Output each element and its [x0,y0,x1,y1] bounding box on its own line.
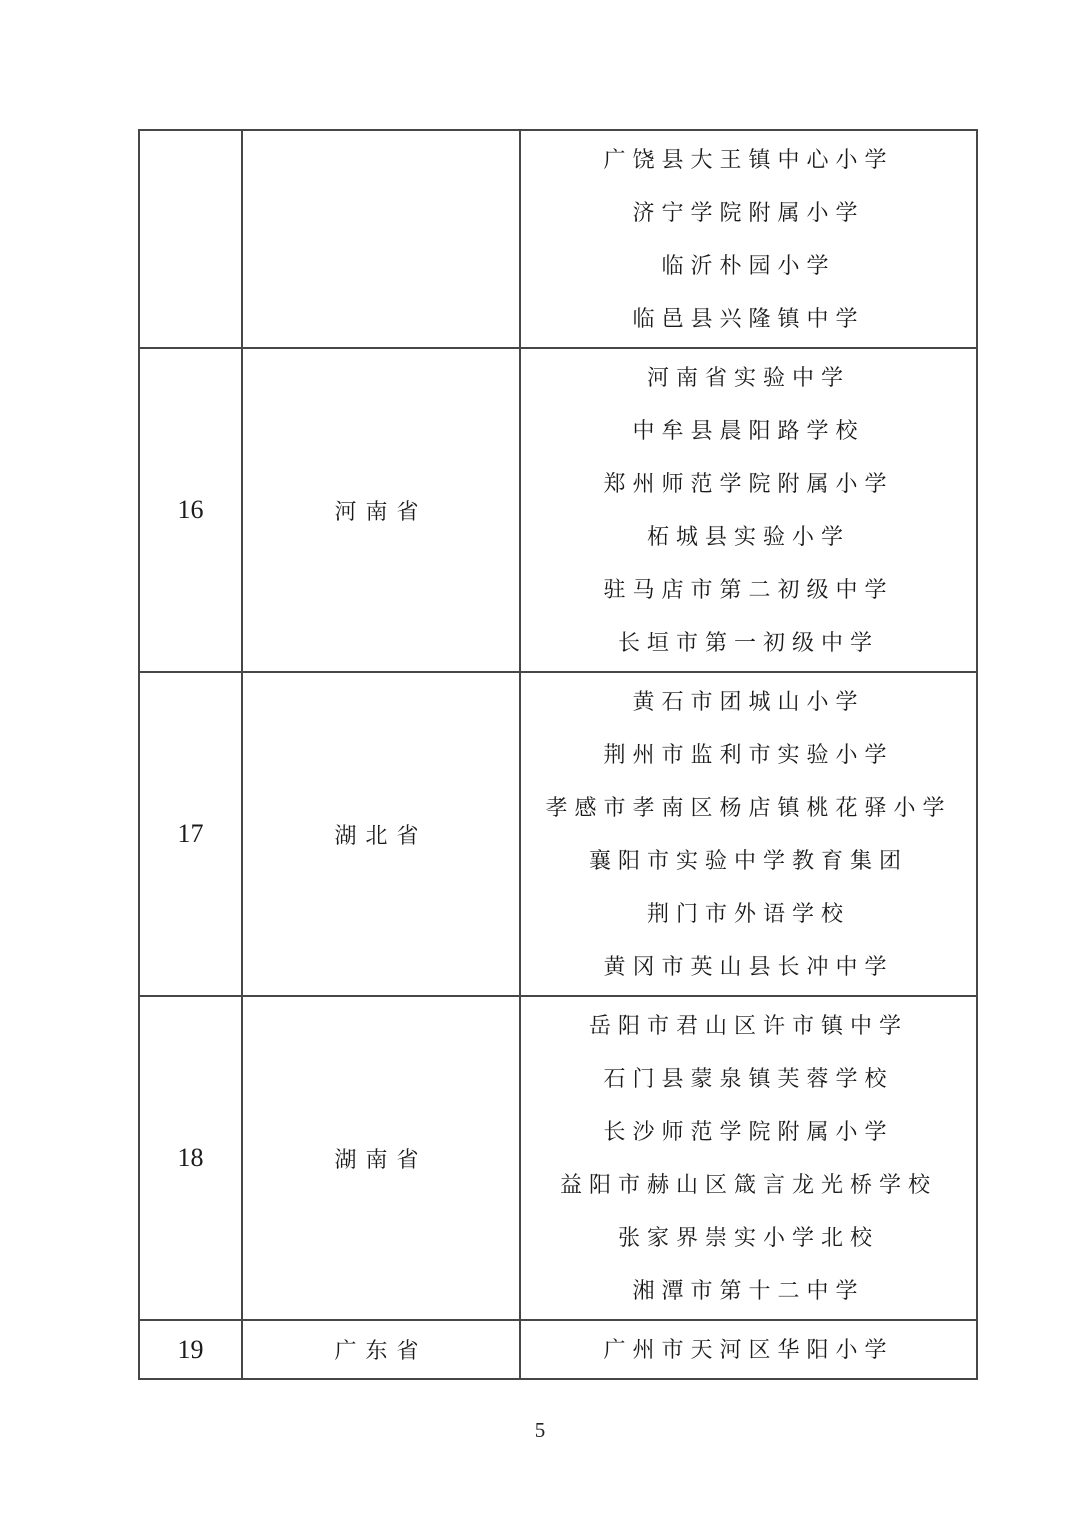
school-name: 广州市天河区华阳小学 [521,1323,976,1376]
school-table-body: 广饶县大王镇中心小学济宁学院附属小学临沂朴园小学临邑县兴隆镇中学 16 河南省 … [139,130,977,1379]
province-school-table: 广饶县大王镇中心小学济宁学院附属小学临沂朴园小学临邑县兴隆镇中学 16 河南省 … [138,129,978,1380]
school-name: 张家界崇实小学北校 [521,1211,976,1264]
document-page: 广饶县大王镇中心小学济宁学院附属小学临沂朴园小学临邑县兴隆镇中学 16 河南省 … [0,0,1080,1528]
table-row: 16 河南省 河南省实验中学中牟县晨阳路学校郑州师范学院附属小学柘城县实验小学驻… [139,348,977,672]
school-name: 荆州市监利市实验小学 [521,728,976,781]
schools-cell: 广州市天河区华阳小学 [520,1320,977,1379]
school-name: 柘城县实验小学 [521,510,976,563]
row-number-cell [139,130,242,348]
school-name: 河南省实验中学 [521,351,976,404]
school-name: 驻马店市第二初级中学 [521,563,976,616]
school-name: 长垣市第一初级中学 [521,616,976,669]
school-name: 荆门市外语学校 [521,887,976,940]
school-name: 湘潭市第十二中学 [521,1264,976,1317]
school-name: 郑州师范学院附属小学 [521,457,976,510]
schools-cell: 黄石市团城山小学荆州市监利市实验小学孝感市孝南区杨店镇桃花驿小学襄阳市实验中学教… [520,672,977,996]
schools-cell: 岳阳市君山区许市镇中学石门县蒙泉镇芙蓉学校长沙师范学院附属小学益阳市赫山区箴言龙… [520,996,977,1320]
school-name: 石门县蒙泉镇芙蓉学校 [521,1052,976,1105]
school-name: 襄阳市实验中学教育集团 [521,834,976,887]
table-row: 广饶县大王镇中心小学济宁学院附属小学临沂朴园小学临邑县兴隆镇中学 [139,130,977,348]
school-name: 长沙师范学院附属小学 [521,1105,976,1158]
province-cell: 广东省 [242,1320,520,1379]
province-cell: 河南省 [242,348,520,672]
school-name: 中牟县晨阳路学校 [521,404,976,457]
school-name: 黄冈市英山县长冲中学 [521,940,976,993]
school-name: 济宁学院附属小学 [521,186,976,239]
row-number-cell: 19 [139,1320,242,1379]
row-number-cell: 17 [139,672,242,996]
row-number-cell: 16 [139,348,242,672]
school-name: 孝感市孝南区杨店镇桃花驿小学 [521,781,976,834]
province-cell [242,130,520,348]
table-row: 17 湖北省 黄石市团城山小学荆州市监利市实验小学孝感市孝南区杨店镇桃花驿小学襄… [139,672,977,996]
table-row: 19 广东省 广州市天河区华阳小学 [139,1320,977,1379]
table-row: 18 湖南省 岳阳市君山区许市镇中学石门县蒙泉镇芙蓉学校长沙师范学院附属小学益阳… [139,996,977,1320]
school-name: 益阳市赫山区箴言龙光桥学校 [521,1158,976,1211]
school-name: 临邑县兴隆镇中学 [521,292,976,345]
school-name: 黄石市团城山小学 [521,675,976,728]
row-number-cell: 18 [139,996,242,1320]
schools-cell: 河南省实验中学中牟县晨阳路学校郑州师范学院附属小学柘城县实验小学驻马店市第二初级… [520,348,977,672]
province-cell: 湖南省 [242,996,520,1320]
school-name: 临沂朴园小学 [521,239,976,292]
province-cell: 湖北省 [242,672,520,996]
page-number: 5 [0,1418,1080,1443]
schools-cell: 广饶县大王镇中心小学济宁学院附属小学临沂朴园小学临邑县兴隆镇中学 [520,130,977,348]
school-name: 岳阳市君山区许市镇中学 [521,999,976,1052]
school-name: 广饶县大王镇中心小学 [521,133,976,186]
